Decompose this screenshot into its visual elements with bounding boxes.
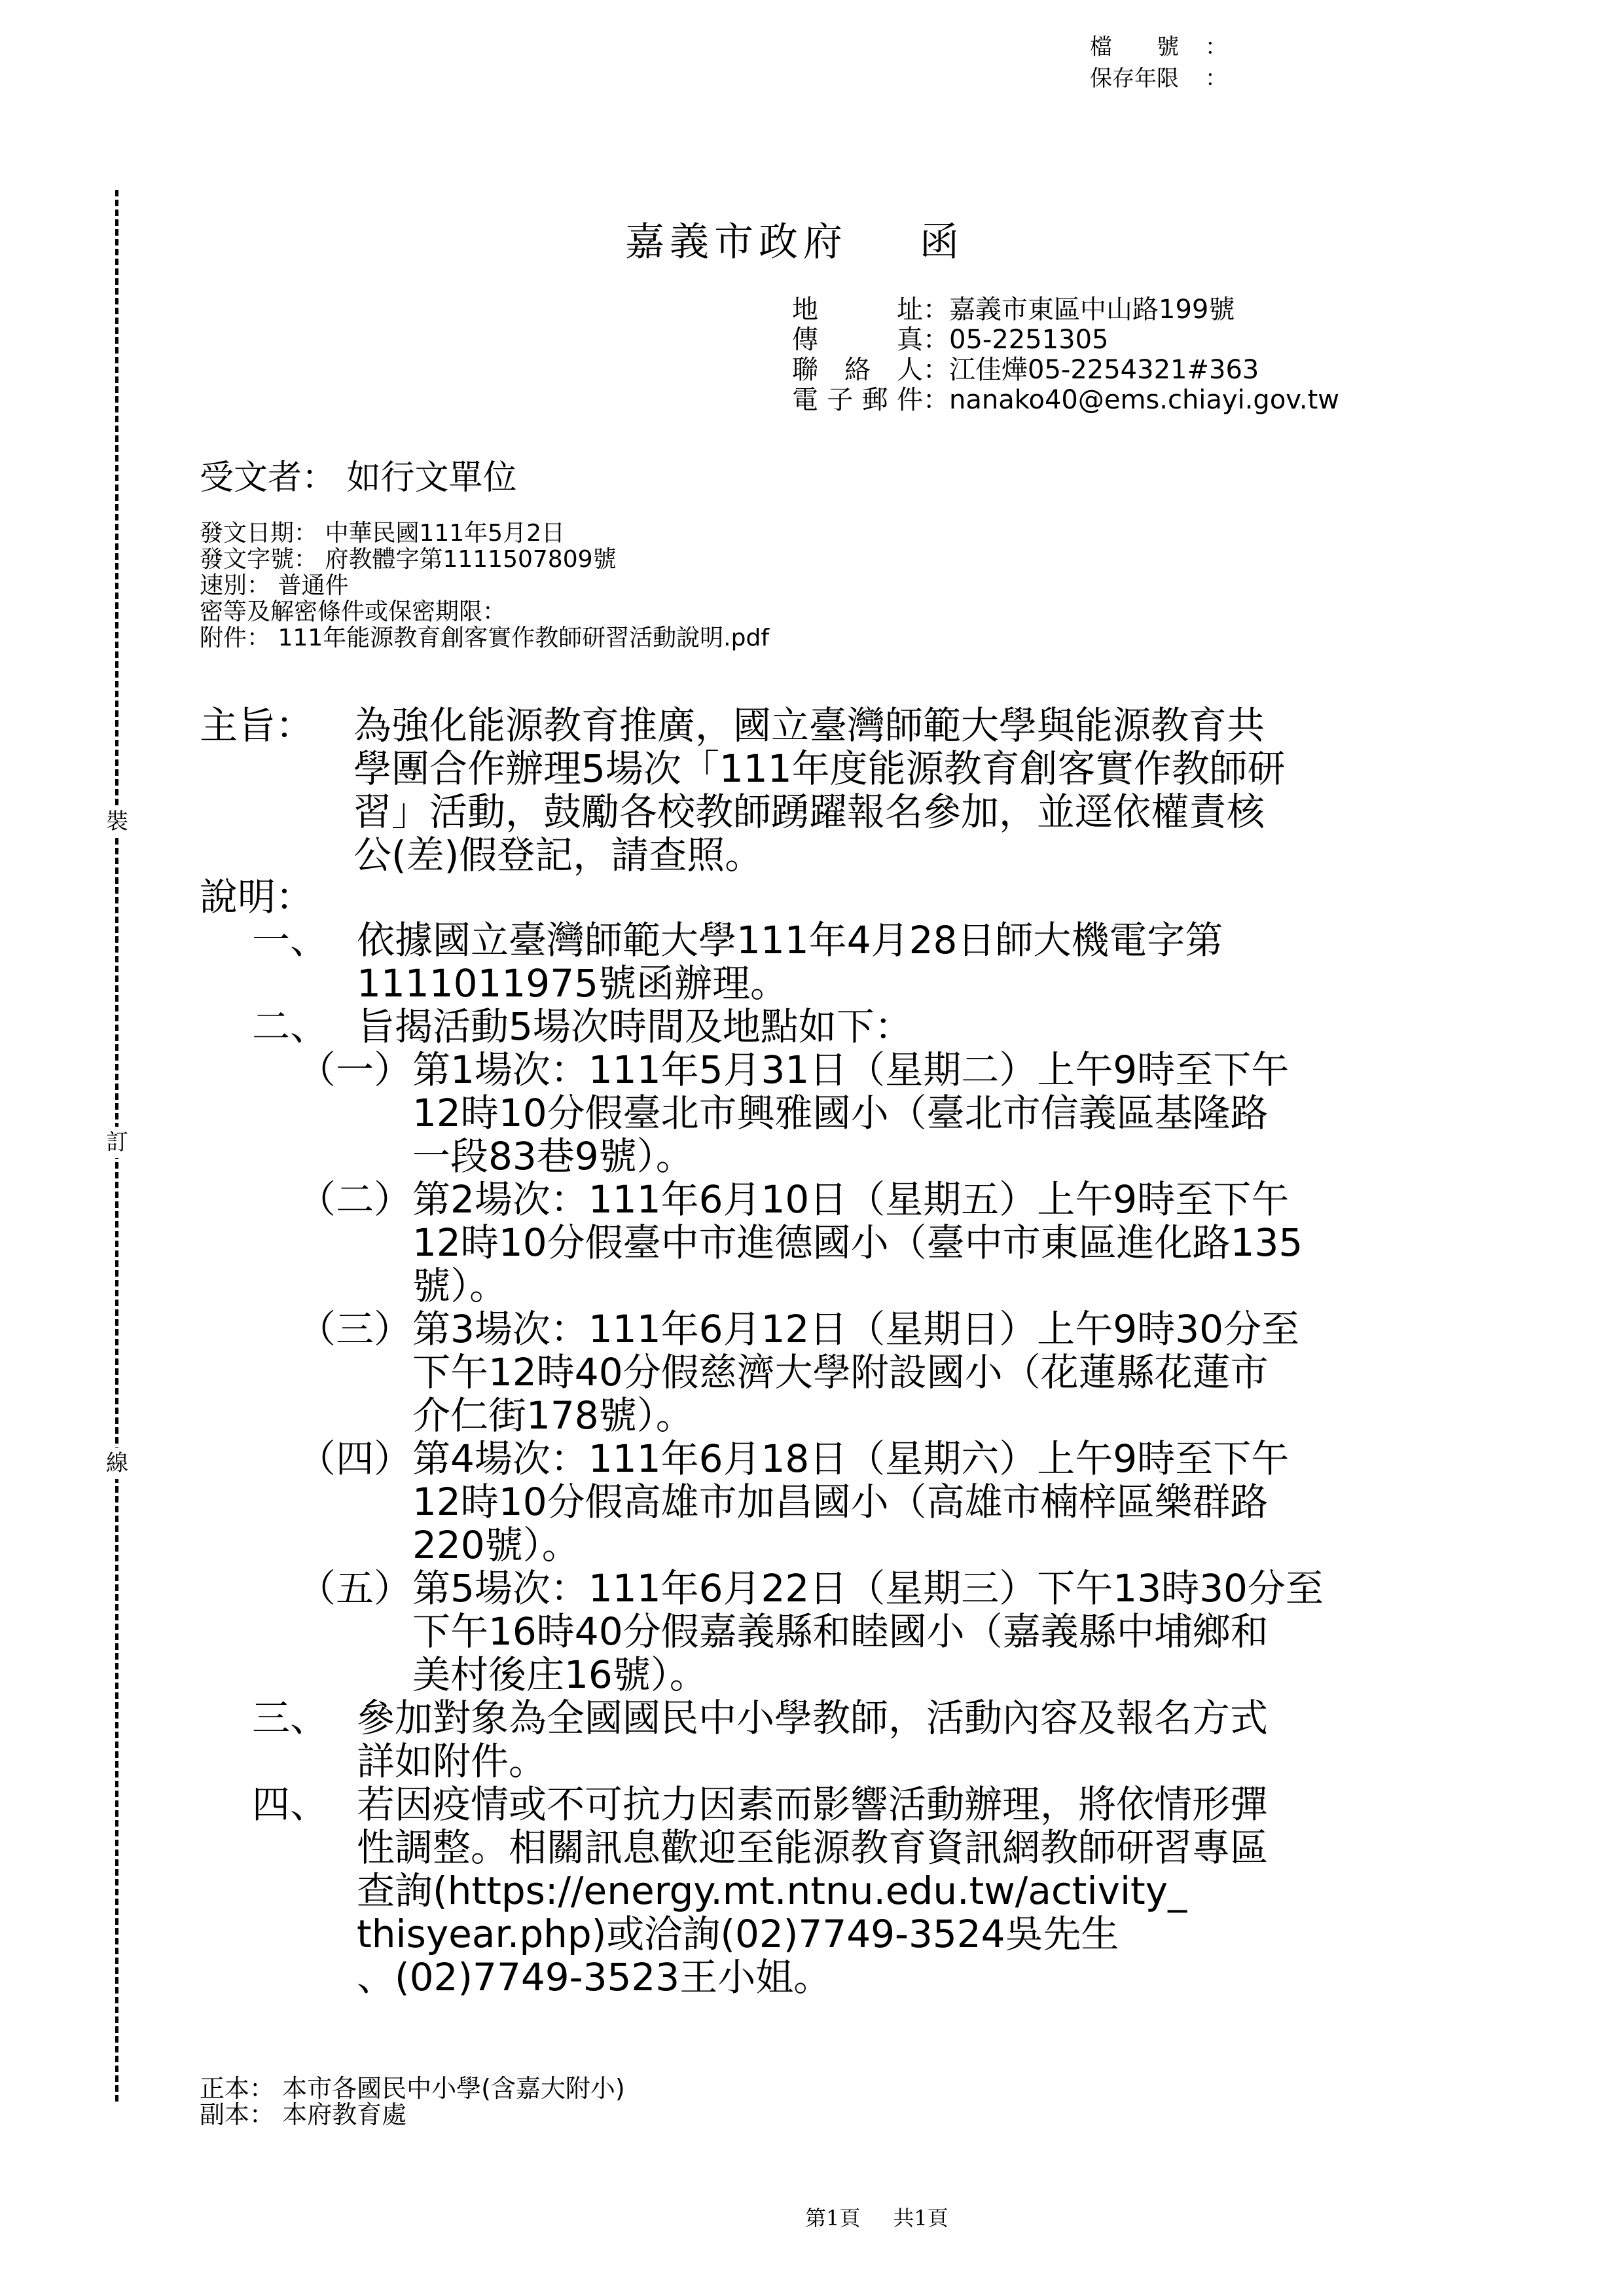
label-char: 地 <box>792 295 818 325</box>
colon: ： <box>923 325 949 355</box>
email-row: 電子郵件 ： nanako40@ems.chiayi.gov.tw <box>792 385 1339 415</box>
session-line: 第1場次：111年5月31日（星期二）上午9時至下午 <box>412 1048 1289 1091</box>
item-2: 旨揭活動5場次時間及地點如下： <box>357 1005 912 1048</box>
fax-value: 05-2251305 <box>949 325 1108 355</box>
agency-name: 嘉義市政府 <box>625 219 848 265</box>
doc-number-label: 發文字號： <box>200 546 317 573</box>
copy-value: 本府教育處 <box>282 2100 406 2129</box>
fax-label: 傳真 <box>792 325 923 355</box>
session-line: 12時10分假臺中市進德國小（臺中市東區進化路135 <box>412 1221 1303 1264</box>
label-char: 郵 <box>862 385 888 415</box>
subject-text: 為強化能源教育推廣，國立臺灣師範大學與能源教育共 學團合作辦理5場次「111年度… <box>353 704 1286 877</box>
contact-person-row: 聯絡人 ： 江佳燁05-2254321#363 <box>792 355 1339 385</box>
session-line: 介仁街178號）。 <box>412 1394 1299 1437</box>
session-number-2: （二） <box>298 1178 412 1221</box>
item-line: 參加對象為全國國民中小學教師，活動內容及報名方式 <box>357 1696 1268 1740</box>
copy-label: 副本： <box>200 2100 274 2129</box>
session-line: 號）。 <box>412 1264 1303 1307</box>
item-4: 若因疫情或不可抗力因素而影響活動辦理，將依情形彈 性調整。相關訊息歡迎至能源教育… <box>357 1783 1268 1999</box>
session-number-1: （一） <box>298 1048 412 1091</box>
doc-number-row: 發文字號： 府教體字第1111507809號 <box>200 547 769 573</box>
email-label: 電子郵件 <box>792 385 923 415</box>
label-char: 絡 <box>844 355 871 385</box>
item-1: 依據國立臺灣師範大學111年4月28日師大機電字第 1111011975號函辦理… <box>357 919 1223 1005</box>
page-number: 第1頁 <box>805 2206 860 2231</box>
subject-line: 習」活動，鼓勵各校教師踴躍報名參加，並逕依權責核 <box>353 790 1286 833</box>
binding-mark-ding: 訂 <box>101 1127 133 1158</box>
security-label: 密等及解密條件或保密期限： <box>200 598 506 625</box>
session-1: 第1場次：111年5月31日（星期二）上午9時至下午 12時10分假臺北市興雅國… <box>412 1048 1289 1178</box>
document-title: 嘉義市政府函 <box>625 216 964 268</box>
archive-info: 檔 號 ： 保存年限 ： <box>1090 31 1227 94</box>
item-line: 、(02)7749-3523王小姐。 <box>357 1956 1268 1999</box>
url-line[interactable]: thisyear.php)或洽詢(02)7749-3524吳先生 <box>357 1912 1268 1956</box>
label-char: 件 <box>897 385 923 415</box>
issue-date-value: 中華民國111年5月2日 <box>325 520 565 547</box>
address-label: 地址 <box>792 295 923 325</box>
item-number-2: 二、 <box>252 1005 328 1048</box>
label-char: 址 <box>897 295 923 325</box>
contact-person-value: 江佳燁05-2254321#363 <box>949 355 1259 385</box>
colon: ： <box>923 295 949 325</box>
distribution: 正本： 本市各國民中小學(含嘉大附小) 副本： 本府教育處 <box>200 2075 625 2128</box>
item-number-4: 四、 <box>252 1783 328 1826</box>
session-line: 一段83巷9號）。 <box>412 1135 1289 1178</box>
label-char: 子 <box>827 385 853 415</box>
original-value: 本市各國民中小學(含嘉大附小) <box>282 2074 625 2103</box>
attachment-row: 附件： 111年能源教育創客實作教師研習活動說明.pdf <box>200 625 769 651</box>
speed-row: 速別： 普通件 <box>200 573 769 599</box>
contact-block: 地址 ： 嘉義市東區中山路199號 傳真 ： 05-2251305 聯絡人 ： … <box>792 295 1339 415</box>
item-number-3: 三、 <box>252 1696 328 1740</box>
label-char: 聯 <box>792 355 818 385</box>
explanation-label: 說明： <box>200 875 314 919</box>
contact-person-label: 聯絡人 <box>792 355 923 385</box>
retention-row: 保存年限 ： <box>1090 63 1227 94</box>
address-row: 地址 ： 嘉義市東區中山路199號 <box>792 295 1339 325</box>
item-line: 依據國立臺灣師範大學111年4月28日師大機電字第 <box>357 919 1223 962</box>
label-char: 人 <box>897 355 923 385</box>
address-value: 嘉義市東區中山路199號 <box>949 295 1235 325</box>
item-line: 1111011975號函辦理。 <box>357 962 1223 1005</box>
session-line: 220號）。 <box>412 1523 1289 1567</box>
recipient-label: 受文者： <box>200 458 336 498</box>
speed-value: 普通件 <box>278 572 348 599</box>
subject-line: 學團合作辦理5場次「111年度能源教育創客實作教師研 <box>353 747 1286 790</box>
file-number-label-text: 檔 號 <box>1090 31 1179 63</box>
speed-label: 速別： <box>200 572 270 599</box>
label-char: 電 <box>792 385 818 415</box>
item-line: 性調整。相關訊息歡迎至能源教育資訊網教師研習專區 <box>357 1826 1268 1869</box>
subject-line: 公(差)假登記，請查照。 <box>353 833 1286 877</box>
colon: ： <box>1205 63 1227 94</box>
file-number-label: 檔 號 <box>1090 31 1205 63</box>
item-line: 若因疫情或不可抗力因素而影響活動辦理，將依情形彈 <box>357 1783 1268 1826</box>
session-3: 第3場次：111年6月12日（星期日）上午9時30分至 下午12時40分假慈濟大… <box>412 1307 1299 1437</box>
attachment-link[interactable]: 111年能源教育創客實作教師研習活動說明.pdf <box>278 625 769 651</box>
session-line: 第4場次：111年6月18日（星期六）上午9時至下午 <box>412 1437 1289 1480</box>
document-type: 函 <box>920 219 964 265</box>
session-line: 第3場次：111年6月12日（星期日）上午9時30分至 <box>412 1307 1299 1351</box>
session-line: 12時10分假高雄市加昌國小（高雄市楠梓區樂群路 <box>412 1480 1289 1523</box>
copy-recipients-row: 副本： 本府教育處 <box>200 2102 625 2128</box>
colon: ： <box>923 355 949 385</box>
label-char: 真 <box>897 325 923 355</box>
item-line: 詳如附件。 <box>357 1740 1268 1783</box>
subject-line: 為強化能源教育推廣，國立臺灣師範大學與能源教育共 <box>353 704 1286 747</box>
session-line: 第5場次：111年6月22日（星期三）下午13時30分至 <box>412 1567 1324 1610</box>
original-recipients-row: 正本： 本市各國民中小學(含嘉大附小) <box>200 2075 625 2102</box>
url-line[interactable]: 查詢(https://energy.mt.ntnu.edu.tw/activit… <box>357 1869 1268 1912</box>
recipient: 受文者： 如行文單位 <box>200 455 517 501</box>
session-number-4: （四） <box>298 1437 412 1480</box>
security-row: 密等及解密條件或保密期限： <box>200 599 769 625</box>
recipient-value: 如行文單位 <box>347 458 517 498</box>
session-2: 第2場次：111年6月10日（星期五）上午9時至下午 12時10分假臺中市進德國… <box>412 1178 1303 1307</box>
session-number-3: （三） <box>298 1307 412 1351</box>
item-line: 旨揭活動5場次時間及地點如下： <box>357 1005 912 1048</box>
label-char: 傳 <box>792 325 818 355</box>
email-link[interactable]: nanako40@ems.chiayi.gov.tw <box>949 385 1339 415</box>
session-line: 第2場次：111年6月10日（星期五）上午9時至下午 <box>412 1178 1303 1221</box>
item-3: 參加對象為全國國民中小學教師，活動內容及報名方式 詳如附件。 <box>357 1696 1268 1783</box>
colon: ： <box>1205 31 1227 63</box>
binding-mark-zhuang: 裝 <box>101 806 133 837</box>
document-meta: 發文日期： 中華民國111年5月2日 發文字號： 府教體字第1111507809… <box>200 520 769 651</box>
doc-number-value: 府教體字第1111507809號 <box>325 546 616 573</box>
session-line: 12時10分假臺北市興雅國小（臺北市信義區基隆路 <box>412 1091 1289 1135</box>
binding-mark-xian: 線 <box>101 1448 133 1479</box>
session-line: 美村後庄16號）。 <box>412 1653 1324 1696</box>
original-label: 正本： <box>200 2074 274 2103</box>
session-4: 第4場次：111年6月18日（星期六）上午9時至下午 12時10分假高雄市加昌國… <box>412 1437 1289 1567</box>
colon: ： <box>923 385 949 415</box>
subject-label: 主旨： <box>200 704 314 747</box>
retention-label: 保存年限 <box>1090 63 1205 94</box>
page-total: 共1頁 <box>893 2206 948 2231</box>
issue-date-label: 發文日期： <box>200 520 317 547</box>
session-line: 下午16時40分假嘉義縣和睦國小（嘉義縣中埔鄉和 <box>412 1610 1324 1653</box>
item-number-1: 一、 <box>252 919 328 962</box>
session-line: 下午12時40分假慈濟大學附設國小（花蓮縣花蓮市 <box>412 1351 1299 1394</box>
session-number-5: （五） <box>298 1567 412 1610</box>
attachment-label: 附件： <box>200 625 270 651</box>
session-5: 第5場次：111年6月22日（星期三）下午13時30分至 下午16時40分假嘉義… <box>412 1567 1324 1696</box>
file-number-row: 檔 號 ： <box>1090 31 1227 63</box>
fax-row: 傳真 ： 05-2251305 <box>792 325 1339 355</box>
issue-date-row: 發文日期： 中華民國111年5月2日 <box>200 520 769 547</box>
page-footer: 第1頁共1頁 <box>805 2205 948 2231</box>
